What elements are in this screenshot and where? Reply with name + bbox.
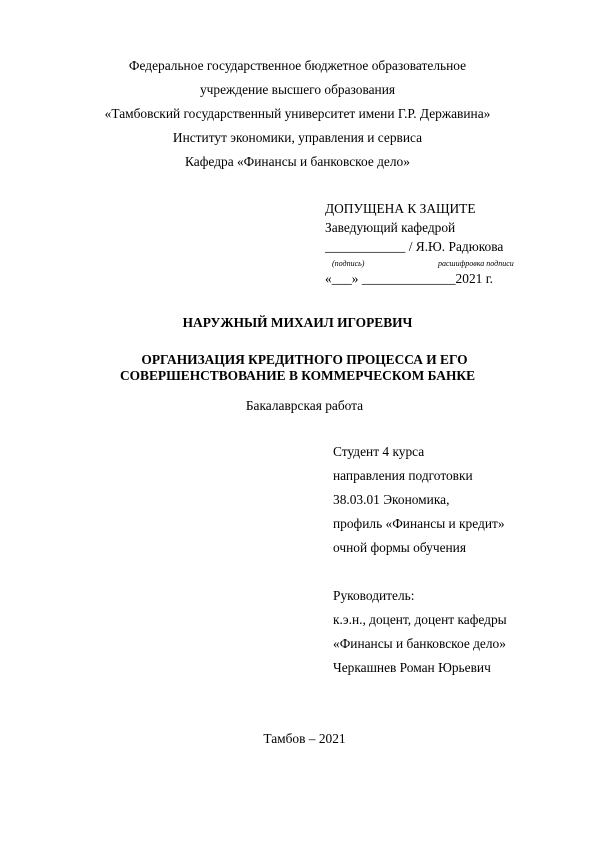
decoding-caption: расшифровка подписи xyxy=(438,259,514,269)
supervisor-name: Черкашнев Роман Юрьевич xyxy=(333,660,491,676)
approval-signature-line: ____________ / Я.Ю. Радюкова xyxy=(325,239,503,255)
city-year: Тамбов – 2021 xyxy=(0,731,595,747)
header-line-ministry: Федеральное государственное бюджетное об… xyxy=(0,58,595,74)
header-line-institution-type: учреждение высшего образования xyxy=(0,82,595,98)
supervisor-degree: к.э.н., доцент, доцент кафедры xyxy=(333,612,507,628)
student-line-course: Студент 4 курса xyxy=(333,444,424,460)
work-type: Бакалаврская работа xyxy=(0,398,595,414)
supervisor-label: Руководитель: xyxy=(333,588,415,604)
thesis-title-line-1: ОРГАНИЗАЦИЯ КРЕДИТНОГО ПРОЦЕССА И ЕГО xyxy=(0,352,595,368)
author-name: НАРУЖНЫЙ МИХАИЛ ИГОРЕВИЧ xyxy=(0,315,595,331)
approval-role: Заведующий кафедрой xyxy=(325,220,455,236)
signature-caption: (подпись) xyxy=(332,259,364,269)
student-line-profile: профиль «Финансы и кредит» xyxy=(333,516,505,532)
header-line-university: «Тамбовский государственный университет … xyxy=(0,106,595,122)
header-line-institute: Институт экономики, управления и сервиса xyxy=(0,130,595,146)
approval-title: ДОПУЩЕНА К ЗАЩИТЕ xyxy=(325,201,476,217)
supervisor-department: «Финансы и банковское дело» xyxy=(333,636,506,652)
student-line-code: 38.03.01 Экономика, xyxy=(333,492,449,508)
thesis-title-line-2: СОВЕРШЕНСТВОВАНИЕ В КОММЕРЧЕСКОМ БАНКЕ xyxy=(0,368,595,384)
student-line-form: очной формы обучения xyxy=(333,540,466,556)
header-line-department: Кафедра «Финансы и банковское дело» xyxy=(0,154,595,170)
approval-date-line: «___» ______________2021 г. xyxy=(325,271,493,287)
student-line-direction: направления подготовки xyxy=(333,468,473,484)
